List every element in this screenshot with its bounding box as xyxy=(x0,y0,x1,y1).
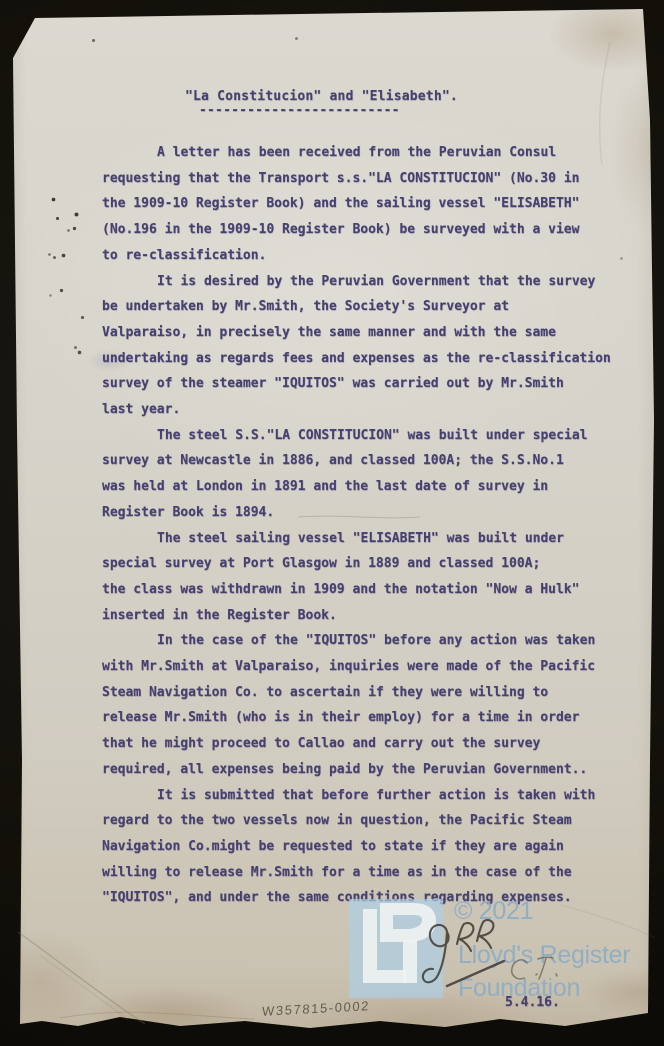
handwritten-countersign xyxy=(512,957,557,979)
typed-date: 5.4.16. xyxy=(505,995,560,1010)
photo-background: { "document": { "title": "\"La Constituc… xyxy=(0,0,664,1046)
paper-specks xyxy=(0,0,1,1)
handwritten-initials xyxy=(0,0,664,1046)
